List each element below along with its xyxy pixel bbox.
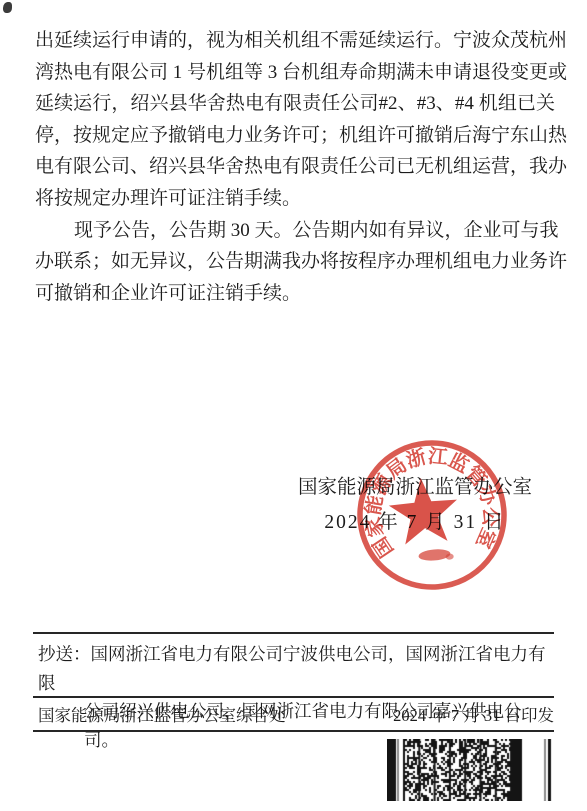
cc-text-line1: 国网浙江省电力有限公司宁波供电公司，国网浙江省电力有限 (38, 644, 546, 693)
body-paragraph1-line: 延续运行，绍兴县华舍热电有限责任公司#2、#3、#4 机组已关 (35, 88, 555, 120)
document-barcode (387, 739, 553, 801)
body-paragraph1-line: 湾热电有限公司 1 号机组等 3 台机组寿命期满未申请退役变更或 (35, 57, 555, 89)
issuer-office: 国家能源局浙江监管办公室综合处 (38, 702, 286, 726)
seal-bottom-mark (418, 548, 451, 562)
cc-line-1: 抄送：国网浙江省电力有限公司宁波供电公司，国网浙江省电力有限 (38, 640, 555, 697)
seal-star (387, 475, 461, 546)
body-paragraph1-line: 出延续运行申请的，视为相关机组不需延续运行。宁波众茂杭州 (35, 25, 555, 57)
print-date: 2024 年 7 月 31 日印发 (393, 702, 554, 726)
divider-line-top (33, 632, 554, 634)
body-paragraph1-line: 将按规定办理许可证注销手续。 (35, 183, 555, 215)
body-paragraph2-line: 办联系；如无异议，公告期满我办将按程序办理机组电力业务许 (35, 246, 555, 278)
scan-artifact (3, 2, 12, 13)
body-paragraph1-line: 停，按规定应予撤销电力业务许可；机组许可撤销后海宁东山热 (35, 120, 555, 152)
divider-line-middle (33, 696, 554, 698)
divider-line-bottom (33, 730, 554, 732)
document-body: 出延续运行申请的，视为相关机组不需延续运行。宁波众茂杭州 湾热电有限公司 1 号… (35, 25, 555, 309)
body-paragraph2-line: 现予公告，公告期 30 天。公告期内如有异议，企业可与我 (35, 215, 555, 247)
issuer-row: 国家能源局浙江监管办公室综合处 2024 年 7 月 31 日印发 (38, 700, 554, 728)
body-paragraph1-line: 电有限公司、绍兴县华舍热电有限责任公司已无机组运营，我办 (35, 151, 555, 183)
body-paragraph2-line: 可撤销和企业许可证注销手续。 (35, 278, 555, 310)
cc-label: 抄送： (38, 644, 91, 664)
document-page: 出延续运行申请的，视为相关机组不需延续运行。宁波众茂杭州 湾热电有限公司 1 号… (0, 0, 587, 811)
official-seal: 国家能源局浙江监管办公室 (337, 420, 528, 611)
